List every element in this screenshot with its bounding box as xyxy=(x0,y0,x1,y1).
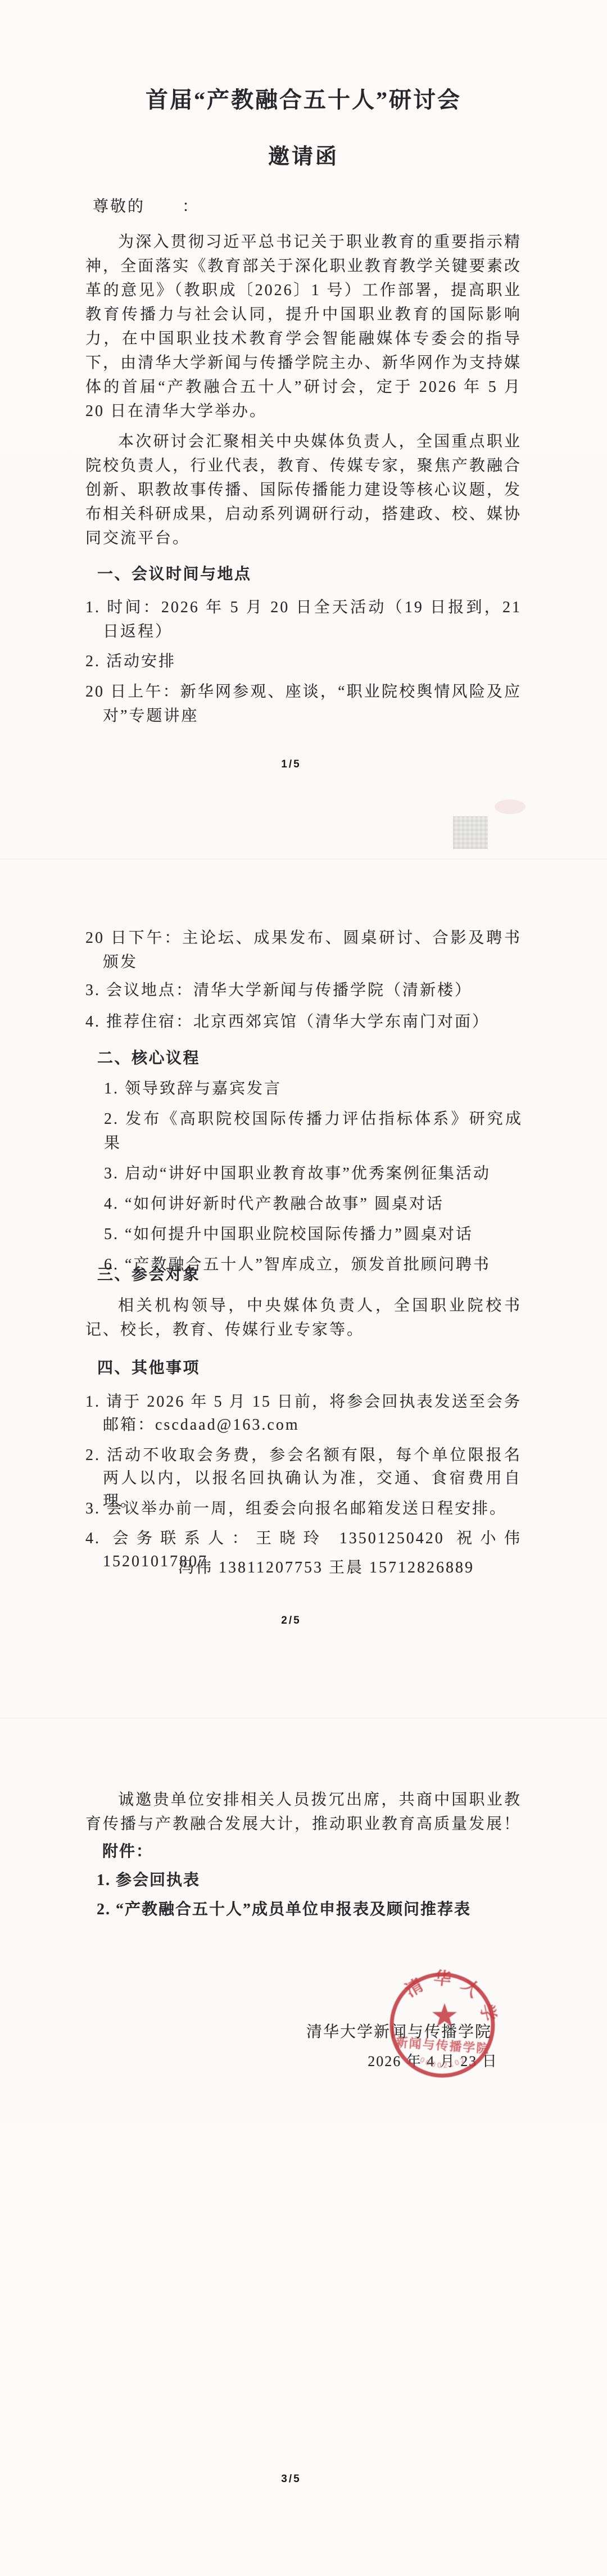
closing-paragraph: 诚邀贵单位安排相关人员拨冗出席，共商中国职业教育传播与产教融合发展大计，推动职业… xyxy=(85,1788,522,1836)
section-1-item-hotel: 4. 推荐住宿：北京西郊宾馆（清华大学东南门对面） xyxy=(103,1010,522,1034)
official-seal: 清华大学 新闻与传播学院 00002102 xyxy=(368,1951,517,2100)
scanned-invitation-letter: { "document": { "title": "首届“产教融合五十人”研讨会… xyxy=(0,0,607,2576)
section-4-contacts-line-2: 冯伟 13811207753 王晨 15712826889 xyxy=(178,1556,527,1579)
section-3-heading: 三、参会对象 xyxy=(97,1263,524,1287)
agenda-item-1: 1. 领导致辞与嘉宾发言 xyxy=(104,1077,523,1101)
intro-paragraph-1: 为深入贯彻习近平总书记关于职业教育的重要指示精神，全面落实《教育部关于深化职业教… xyxy=(85,230,522,423)
document-title: 首届“产教融合五十人”研讨会 xyxy=(0,86,607,114)
salutation-line: 尊敬的： xyxy=(93,195,542,219)
salutation-colon: ： xyxy=(182,198,200,215)
section-1-heading: 一、会议时间与地点 xyxy=(97,562,524,586)
section-2-heading: 二、核心议程 xyxy=(97,1046,524,1070)
section-1-item-venue: 3. 会议地点：清华大学新闻与传播学院（清新楼） xyxy=(103,978,522,1002)
section-1-item-afternoon: 20 日下午：主论坛、成果发布、圆桌研讨、合影及聘书颁发 xyxy=(103,926,522,974)
intro-paragraph-2: 本次研讨会汇聚相关中央媒体负责人，全国重点职业院校负责人，行业代表，教育、传媒专… xyxy=(85,430,522,550)
page-2: 20 日下午：主论坛、成果发布、圆桌研讨、合影及聘书颁发 3. 会议地点：清华大… xyxy=(0,858,607,1717)
agenda-list: 1. 领导致辞与嘉宾发言 2. 发布《高职院校国际传播力评估指标体系》研究成果 … xyxy=(104,1077,523,1283)
scan-artifact-pink-smudge xyxy=(495,799,526,814)
scan-artifact-gray-block xyxy=(453,816,488,849)
document-subtitle: 邀请函 xyxy=(0,144,607,170)
agenda-item-2: 2. 发布《高职院校国际传播力评估指标体系》研究成果 xyxy=(104,1107,523,1155)
seal-serial-number: 00002102 xyxy=(419,2054,468,2069)
attachments-label: 附件： xyxy=(102,1840,541,1864)
page-number-2: 2/5 xyxy=(246,1614,336,1628)
section-1-item-time: 1. 时间：2026 年 5 月 20 日全天活动（19 日报到，21 日返程） xyxy=(103,595,522,644)
svg-text:00002102: 00002102 xyxy=(419,2054,468,2069)
attachment-item-2: 2. “产教融合五十人”成员单位申报表及顾问推荐表 xyxy=(97,1897,535,1922)
section-1-item-morning: 20 日上午：新华网参观、座谈，“职业院校舆情风险及应对”专题讲座 xyxy=(103,680,522,728)
salutation-prefix: 尊敬的 xyxy=(93,198,145,215)
section-4-heading: 四、其他事项 xyxy=(97,1356,524,1380)
section-3-body: 相关机构领导，中央媒体负责人，全国职业院校书记、校长，教育、传媒行业专家等。 xyxy=(85,1294,522,1342)
seal-inner-text: 新闻与传播学院 xyxy=(395,2035,490,2056)
page-1: 首届“产教融合五十人”研讨会 邀请函 尊敬的： 为深入贯彻习近平总书记关于职业教… xyxy=(0,0,607,858)
agenda-item-4: 4. “如何讲好新时代产教融合故事” 圆桌对话 xyxy=(104,1192,523,1216)
page-number-1: 1/5 xyxy=(246,758,336,771)
section-4-item-rsvp: 1. 请于 2026 年 5 月 15 日前，将参会回执表发送至会务邮箱：csc… xyxy=(103,1390,522,1436)
agenda-item-5: 5. “如何提升中国职业院校国际传播力”圆桌对话 xyxy=(104,1222,523,1246)
page-3: 诚邀贵单位安排相关人员拨冗出席，共商中国职业教育传播与产教融合发展大计，推动职业… xyxy=(0,1718,607,2576)
section-4-item-agenda-mail: 3. 会议举办前一周，组委会向报名邮箱发送日程安排。 xyxy=(103,1497,522,1520)
section-1-item-schedule: 2. 活动安排 xyxy=(103,649,522,674)
attachment-item-1: 1. 参会回执表 xyxy=(97,1868,535,1892)
page-number-3: 3/5 xyxy=(246,2473,336,2486)
seal-star-icon xyxy=(432,2003,457,2027)
agenda-item-3: 3. 启动“讲好中国职业教育故事”优秀案例征集活动 xyxy=(104,1162,523,1186)
